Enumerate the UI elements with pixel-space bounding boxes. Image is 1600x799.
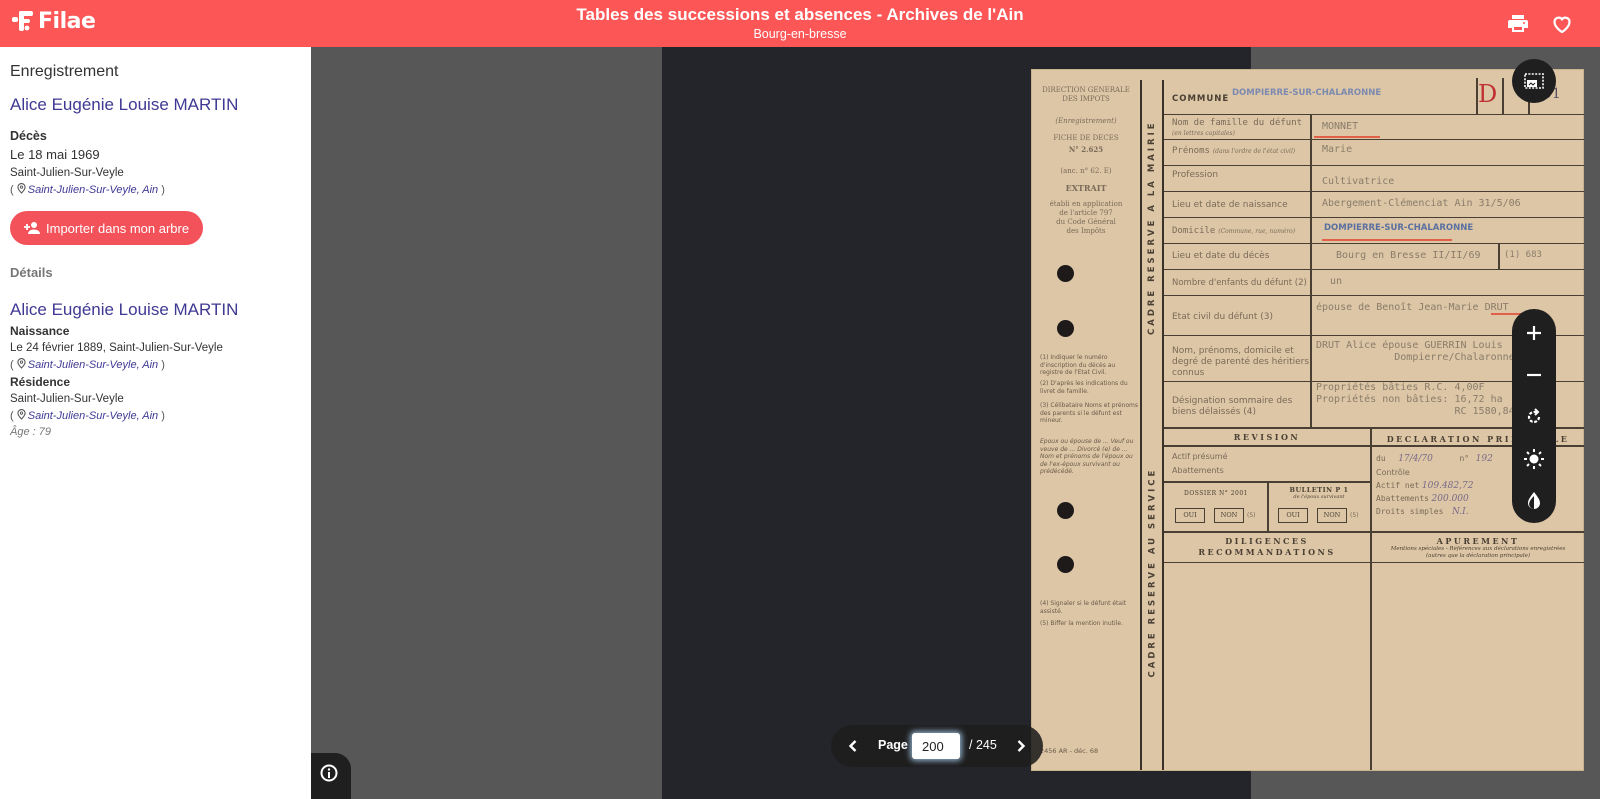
document-viewer[interactable]: DIRECTION GENERALE DES IMPOTS (Enregistr… [311, 47, 1600, 799]
map-pin-icon [17, 409, 26, 420]
birth-geo: ( Saint-Julien-Sur-Veyle, Ain ) [10, 358, 301, 371]
highlight-underline [1322, 239, 1452, 241]
divider [1164, 531, 1584, 533]
apurement-sub: Mentions spéciales - Références aux décl… [1382, 546, 1574, 560]
corner-letter: D [1478, 80, 1497, 108]
brand-logo[interactable]: Filae [10, 8, 95, 34]
footnote-3b: Epoux ou épouse de ... Veuf ou veuve de … [1040, 438, 1140, 476]
recommandations-title: RECOMMANDATIONS [1164, 547, 1370, 557]
row-label: Domicile (Commune, rue, numéro) [1172, 226, 1295, 236]
oui-box: OUI [1278, 508, 1308, 523]
map-pin-icon [17, 183, 26, 194]
row-children: Nombre d'enfants du défunt (2) un [1164, 269, 1584, 295]
bulletin-label: BULLETIN P 1 [1270, 486, 1368, 494]
left-header-3: (Enregistrement) [1036, 117, 1136, 126]
left-header-1: DIRECTION GENERALE [1036, 86, 1136, 95]
row-value: DRUT Alice épouse GUERRIN Louis Dompierr… [1316, 340, 1515, 364]
row-label: Nom, prénoms, domicile et degré de paren… [1172, 346, 1312, 379]
import-to-tree-button[interactable]: Importer dans mon arbre [10, 211, 203, 245]
row-label: Désignation sommaire des biens délaissés… [1172, 396, 1312, 418]
footnote-5: (5) Biffer la mention inutile. [1040, 620, 1140, 628]
divider [1164, 562, 1584, 563]
abattements-label: Abattements [1172, 466, 1224, 475]
section-heading: Enregistrement [10, 63, 301, 81]
vertical-label-mairie: CADRE RESERVE A LA MAIRIE [1147, 175, 1157, 335]
diligences-title: DILIGENCES [1164, 536, 1370, 546]
event-geo: ( Saint-Julien-Sur-Veyle, Ain ) [10, 183, 301, 196]
age-value: Âge : 79 [10, 426, 301, 438]
fit-to-screen-button[interactable] [1512, 59, 1556, 103]
zoom-in-icon[interactable] [1522, 321, 1546, 345]
left-header-10: du Code Général [1036, 218, 1136, 227]
controle-label: Contrôle [1376, 468, 1410, 477]
non-box: NON [1317, 508, 1347, 523]
droits-line: Droits simples N.I. [1376, 507, 1469, 517]
row-value: Abergement-Clémenciat Ain 31/5/06 [1322, 198, 1521, 209]
row-label: Lieu et date du décès [1172, 251, 1269, 261]
abattements-line: Abattements 200.000 [1376, 494, 1469, 504]
row-label: Profession [1172, 170, 1218, 180]
row-value: DOMPIERRE-SUR-CHALARONNE [1324, 223, 1473, 233]
row-birth: Lieu et date de naissance Abergement-Clé… [1164, 191, 1584, 217]
info-icon [311, 753, 351, 799]
birth-value: Le 24 février 1889, Saint-Julien-Sur-Vey… [10, 342, 301, 354]
non-box: NON [1214, 508, 1244, 523]
oui-box: OUI [1175, 508, 1205, 523]
scan-background: DIRECTION GENERALE DES IMPOTS (Enregistr… [662, 47, 1251, 799]
punch-hole [1057, 265, 1074, 282]
birth-label: Naissance [10, 324, 301, 338]
actif-net-line: Actif net 109.482,72 [1376, 481, 1473, 491]
record-sidebar: Enregistrement Alice Eugénie Louise MART… [0, 47, 311, 799]
event-label: Décès [10, 129, 301, 143]
row-profession: Profession Cultivatrice [1164, 165, 1584, 191]
left-header-6: (anc. n° 62. E) [1036, 167, 1136, 176]
event-date: Le 18 mai 1969 [10, 147, 301, 162]
record-person-name[interactable]: Alice Eugénie Louise MARTIN [10, 95, 301, 115]
brightness-icon[interactable] [1522, 447, 1546, 471]
row-value: Bourg en Bresse II/II/69 [1336, 250, 1481, 261]
row-label: Etat civil du défunt (3) [1172, 312, 1273, 322]
footnote-1: (1) Indiquer le numéro d'inscription du … [1040, 354, 1140, 377]
divider [1502, 78, 1504, 114]
page-label: Page [878, 738, 908, 752]
row-death: Lieu et date du décès Bourg en Bresse II… [1164, 243, 1584, 269]
divider [1140, 80, 1142, 770]
vertical-label-service: CADRE RESERVE AU SERVICE [1148, 513, 1158, 678]
row-label: Nombre d'enfants du défunt (2) [1172, 278, 1307, 288]
commune-stamp: DOMPIERRE-SUR-CHALARONNE [1232, 88, 1381, 98]
rotate-icon[interactable] [1522, 405, 1546, 429]
highlight-underline [1314, 136, 1380, 138]
left-header-4: FICHE DE DECES [1036, 134, 1136, 143]
app-header: Filae Tables des successions et absences… [0, 0, 1600, 47]
zoom-out-icon[interactable] [1522, 363, 1546, 387]
page-number-input[interactable] [912, 733, 960, 759]
left-header-9: de l'article 797 [1036, 209, 1136, 218]
page-navigator: Page / 245 [831, 725, 1043, 767]
add-person-icon [24, 221, 40, 235]
footnote-4: (4) Signaler si le défunt était assisté. [1040, 600, 1140, 615]
residence-value: Saint-Julien-Sur-Veyle [10, 393, 301, 405]
row-value: Propriétés bâties R.C. 4,00F Propriétés … [1316, 382, 1515, 418]
row-value: un [1330, 276, 1342, 287]
residence-geo-link[interactable]: Saint-Julien-Sur-Veyle, Ain [28, 410, 158, 422]
note-5-ref: (5) [1350, 512, 1359, 519]
punch-hole [1057, 320, 1074, 337]
scanned-death-record[interactable]: DIRECTION GENERALE DES IMPOTS (Enregistr… [1031, 69, 1584, 771]
row-firstnames: Prénoms (dans l'ordre de l'état civil) M… [1164, 139, 1584, 165]
page-total: / 245 [969, 738, 997, 752]
left-header-7: EXTRAIT [1036, 184, 1136, 193]
dossier-label: DOSSIER N° 2001 [1166, 490, 1266, 497]
event-geo-link[interactable]: Saint-Julien-Sur-Veyle, Ain [28, 184, 158, 196]
left-header-2: DES IMPOTS [1036, 95, 1136, 104]
death-register-number: (1) 683 [1504, 250, 1542, 260]
punch-hole [1057, 556, 1074, 573]
paren-close: ) [158, 184, 165, 196]
commune-label: COMMUNE [1172, 94, 1229, 104]
paren-open: ( [10, 184, 17, 196]
birth-geo-link[interactable]: Saint-Julien-Sur-Veyle, Ain [28, 359, 158, 371]
punch-hole [1057, 502, 1074, 519]
divider [1267, 481, 1269, 531]
row-label: Nom de famille du défunt(en lettres capi… [1172, 118, 1302, 138]
row-value: MONNET [1322, 121, 1358, 132]
info-button[interactable] [311, 753, 351, 799]
left-header-5: N° 2.625 [1036, 145, 1136, 154]
row-value: Cultivatrice [1322, 176, 1394, 187]
import-button-label: Importer dans mon arbre [46, 221, 189, 236]
previous-page-icon[interactable] [841, 734, 865, 758]
residence-geo: ( Saint-Julien-Sur-Veyle, Ain ) [10, 409, 301, 422]
page-title: Tables des successions et absences - Arc… [400, 5, 1200, 25]
next-page-icon[interactable] [1009, 734, 1033, 758]
event-place: Saint-Julien-Sur-Veyle [10, 167, 301, 179]
row-label: Lieu et date de naissance [1172, 200, 1288, 210]
filae-logo-icon [10, 8, 36, 34]
footnote-2: (2) D'après les indications du livret de… [1040, 380, 1140, 395]
row-label: Prénoms (dans l'ordre de l'état civil) [1172, 146, 1295, 156]
heart-icon[interactable] [1550, 12, 1574, 36]
bulletin-sub: de l'époux survivant [1270, 494, 1368, 500]
apurement-title: APUREMENT [1372, 536, 1584, 546]
divider [1310, 114, 1312, 427]
print-icon[interactable] [1506, 12, 1530, 36]
row-value: Marie [1322, 144, 1352, 155]
residence-label: Résidence [10, 375, 301, 389]
viewer-toolbar [1512, 309, 1556, 523]
brand-name: Filae [38, 9, 95, 34]
page-subtitle: Bourg-en-bresse [400, 26, 1200, 42]
map-pin-icon [17, 358, 26, 369]
note-5-ref: (5) [1247, 512, 1256, 519]
title-block: Tables des successions et absences - Arc… [400, 5, 1200, 42]
details-heading: Détails [10, 265, 301, 280]
footnote-3: (3) Célibataire Noms et prénoms des pare… [1040, 402, 1140, 425]
form-code: 2456 AR - déc. 68 [1040, 748, 1140, 756]
actif-presume-label: Actif présumé [1172, 452, 1228, 461]
fullscreen-fit-icon [1512, 59, 1556, 103]
row-value: épouse de Benoît Jean-Marie DRUT [1316, 302, 1509, 313]
left-header-8: établi en application [1036, 200, 1136, 209]
divider [1370, 427, 1372, 770]
divider [1498, 244, 1500, 270]
revision-title: REVISION [1164, 432, 1370, 442]
details-person-name[interactable]: Alice Eugénie Louise MARTIN [10, 300, 301, 320]
decl-du-line: du 17/4/70 n° 192 [1376, 454, 1493, 464]
left-header-11: des Impôts [1036, 227, 1136, 236]
contrast-icon[interactable] [1522, 489, 1546, 513]
